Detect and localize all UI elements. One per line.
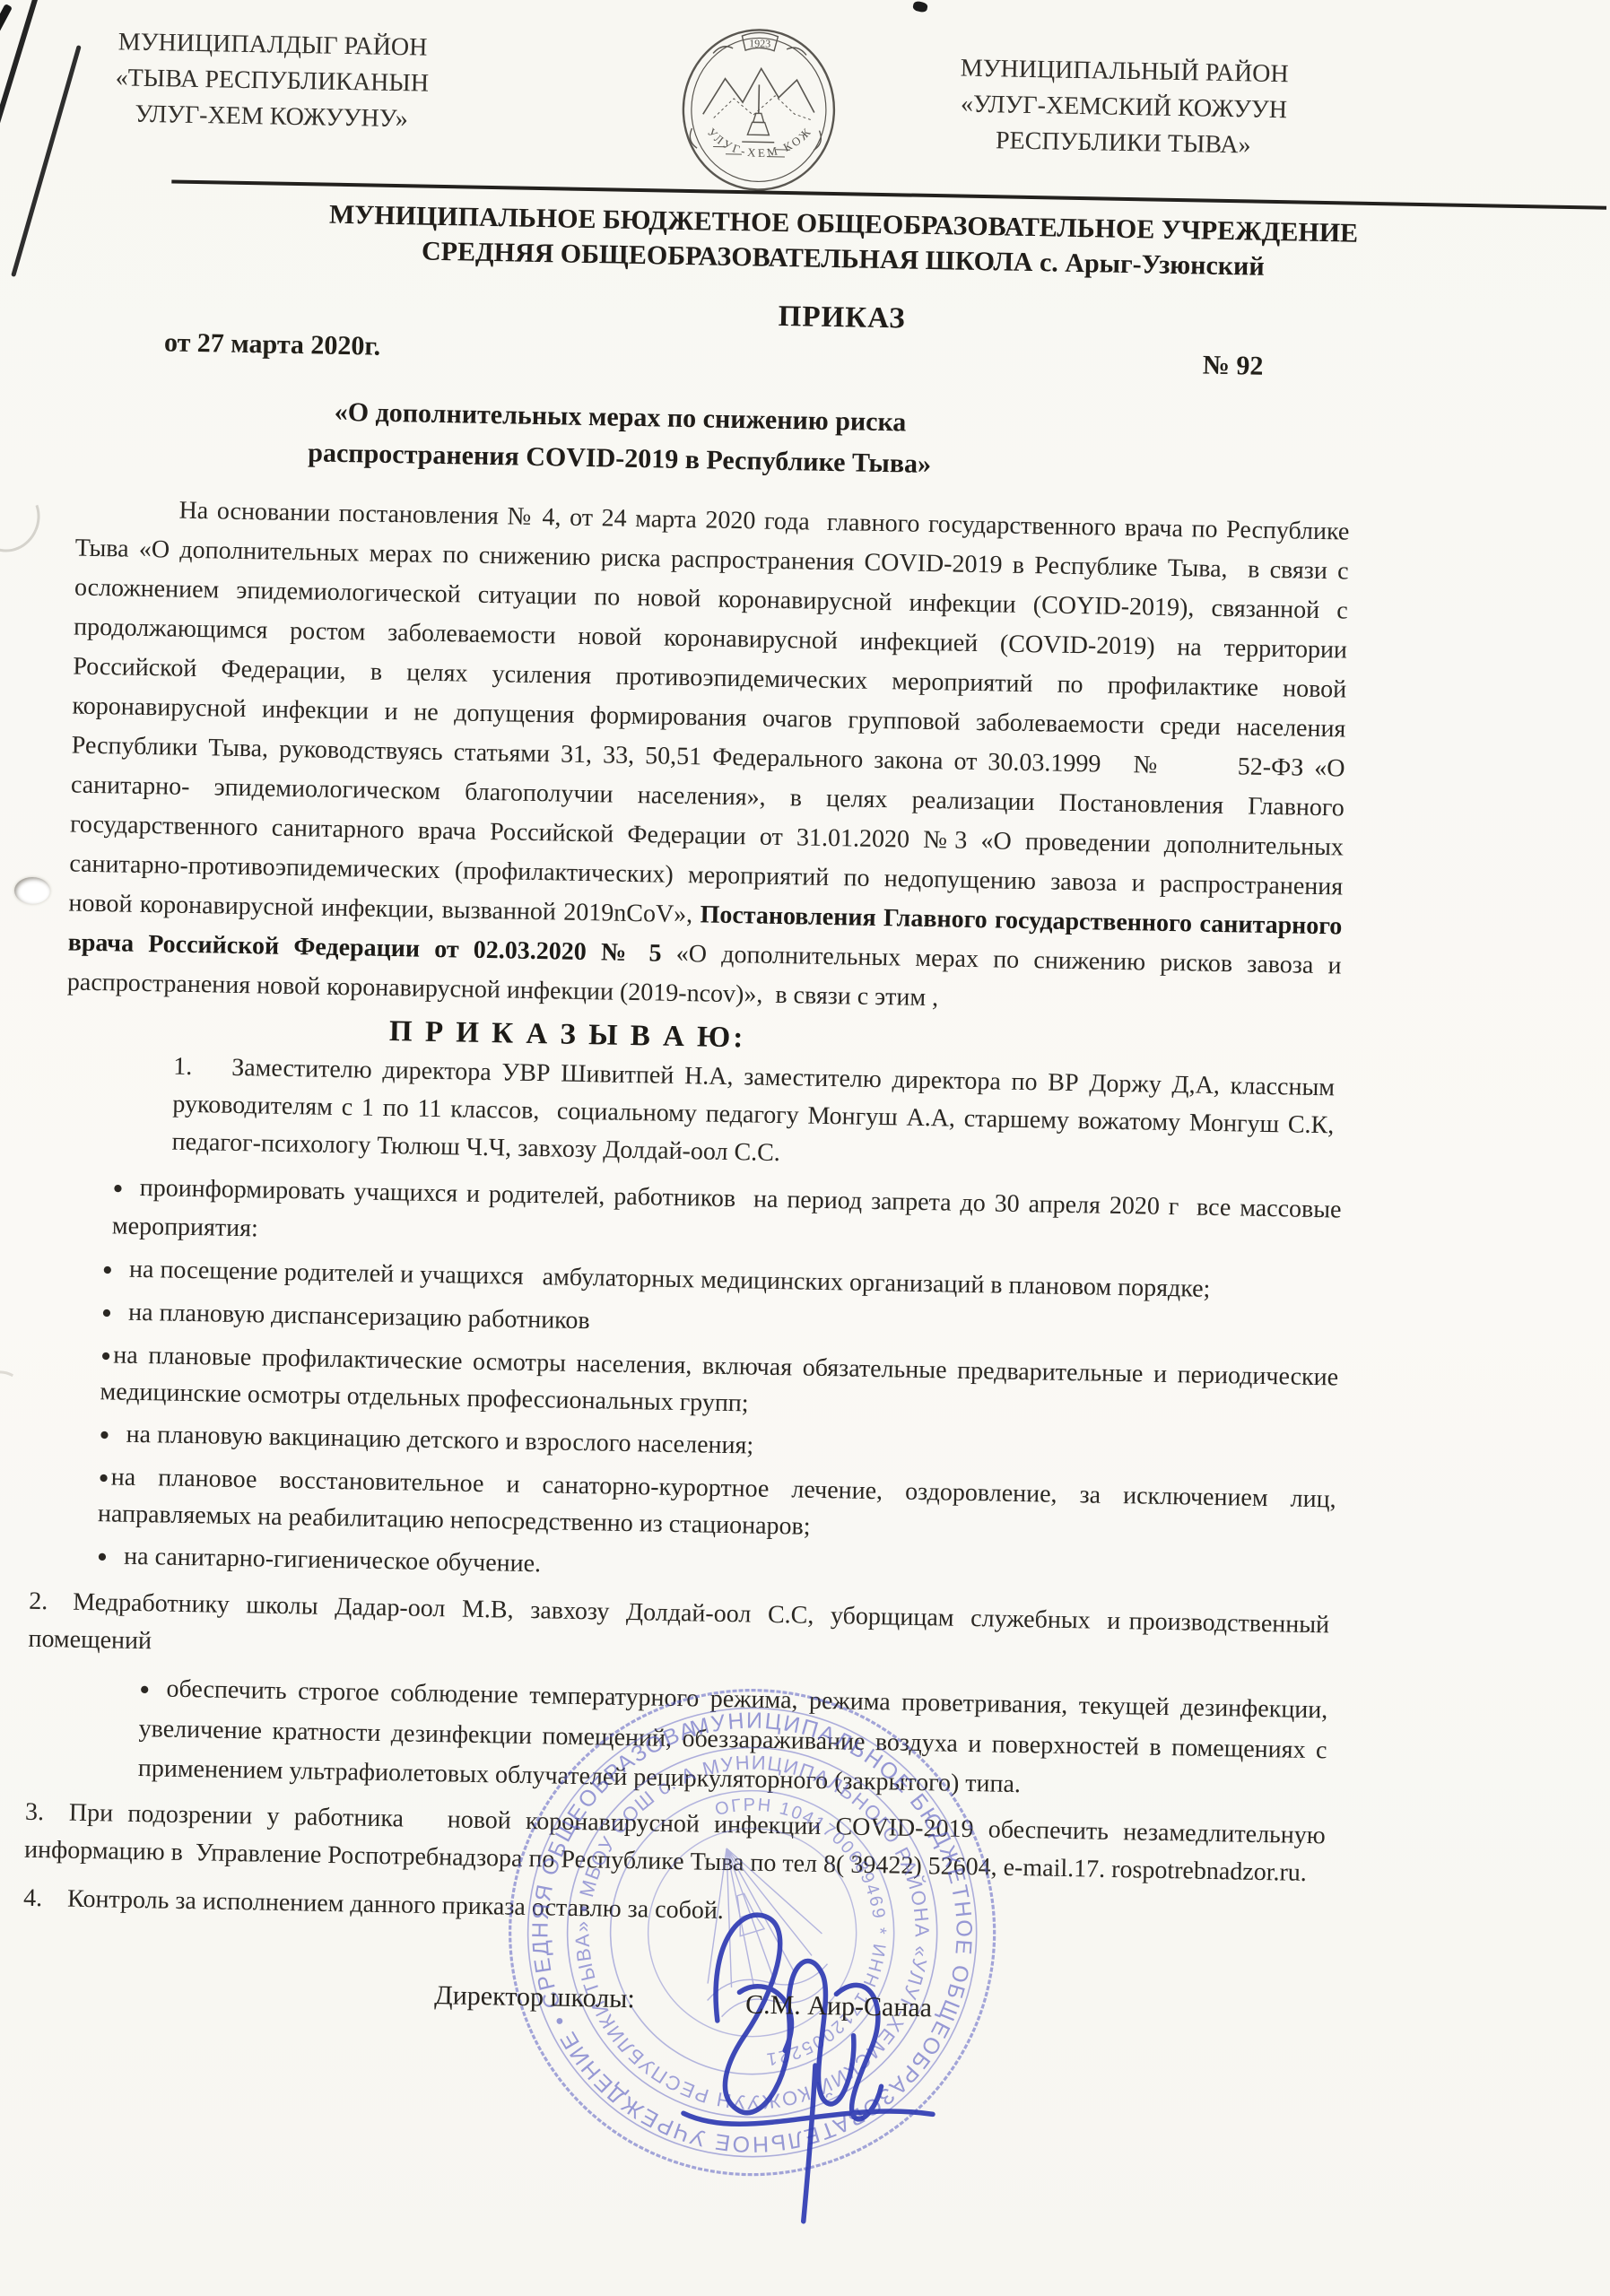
bullet-icon bbox=[139, 1669, 167, 1710]
list-item-text: на посещение родителей и учащихся амбула… bbox=[129, 1256, 1211, 1303]
bullet-icon bbox=[101, 1294, 129, 1332]
item-1-lead-bullet-text: проинформировать учащихся и родителей, р… bbox=[112, 1174, 1348, 1242]
org-name-russian-line: РЕСПУБЛИКИ ТЫВА» bbox=[944, 122, 1303, 164]
order-item-2: 2.Медработнику школы Дадар-оол М.В, завх… bbox=[28, 1583, 1329, 1683]
item-2-text: Медработнику школы Дадар-оол М.В, завхоз… bbox=[28, 1588, 1342, 1656]
list-item-text: на плановое восстановительное и санаторн… bbox=[98, 1463, 1343, 1540]
item-1-number: 1. bbox=[173, 1053, 193, 1081]
list-item-text: на плановую вакцинацию детского и взросл… bbox=[126, 1421, 753, 1460]
signature-block: МУНИЦИПАЛЬНОЕ БЮДЖЕТНОЕ ОБЩЕОБРАЗОВАТЕЛЬ… bbox=[0, 1956, 1574, 2093]
item-3-number: 3. bbox=[25, 1798, 45, 1826]
org-name-tuvan: МУНИЦИПАЛДЫГ РАЙОН «ТЫВА РЕСПУБЛИКАНЫН У… bbox=[91, 24, 452, 138]
item-1-text: Заместителю директора УВР Шивитпей Н.А, … bbox=[171, 1054, 1341, 1167]
list-item-text: на плановые профилактические осмотры нас… bbox=[100, 1341, 1345, 1417]
list-item: на плановые профилактические осмотры нас… bbox=[100, 1337, 1338, 1432]
order-date: от 27 марта 2020г. bbox=[164, 327, 381, 361]
bullet-icon bbox=[102, 1251, 130, 1289]
order-subject: «О дополнительных мерах по снижению риск… bbox=[135, 388, 1105, 489]
signature-label: Директор школы: bbox=[434, 1980, 635, 2014]
scan-speck bbox=[912, 0, 928, 13]
list-item-text: на санитарно-гигиеническое обучение. bbox=[124, 1543, 541, 1578]
district-emblem: 1923 УЛУГ-ХЕМ КОЖУУН bbox=[676, 21, 840, 196]
list-item: на плановое восстановительное и санаторн… bbox=[98, 1459, 1336, 1554]
item-1-lead-bullet: проинформировать учащихся и родителей, р… bbox=[112, 1169, 1342, 1267]
org-name-russian: МУНИЦИПАЛЬНЫЙ РАЙОН «УЛУГ-ХЕМСКИЙ КОЖУУН… bbox=[944, 50, 1304, 164]
order-item-1: 1.Заместителю директора УВР Шивитпей Н.А… bbox=[171, 1048, 1335, 1183]
letterhead: МУНИЦИПАЛДЫГ РАЙОН «ТЫВА РЕСПУБЛИКАНЫН У… bbox=[0, 0, 1610, 213]
document-page: МУНИЦИПАЛДЫГ РАЙОН «ТЫВА РЕСПУБЛИКАНЫН У… bbox=[0, 0, 1610, 2296]
scanned-content: МУНИЦИПАЛДЫГ РАЙОН «ТЫВА РЕСПУБЛИКАНЫН У… bbox=[0, 0, 1610, 2092]
item-2-number: 2. bbox=[29, 1587, 48, 1615]
org-name-tuvan-line: УЛУГ-ХЕМ КОЖУУНУ» bbox=[91, 96, 451, 138]
bullet-icon bbox=[112, 1169, 140, 1208]
list-item-text: на плановую диспансеризацию работников bbox=[128, 1299, 590, 1335]
director-name: С.М. Аир-Санаа bbox=[745, 1990, 932, 2024]
restrictions-list: на посещение родителей и учащихся амбула… bbox=[97, 1251, 1340, 1597]
bullet-icon bbox=[100, 1337, 114, 1374]
preamble-part1: На основании постановления № 4, от 24 ма… bbox=[68, 497, 1355, 929]
director-signature bbox=[627, 1856, 975, 2239]
bullet-icon bbox=[97, 1538, 125, 1576]
order-number: № 92 bbox=[1202, 351, 1263, 382]
bullet-icon bbox=[98, 1459, 111, 1496]
emblem-year: 1923 bbox=[749, 37, 770, 49]
item-4-number: 4. bbox=[23, 1884, 43, 1912]
bullet-icon bbox=[99, 1416, 126, 1454]
preamble-paragraph: На основании постановления № 4, от 24 ма… bbox=[67, 490, 1350, 1026]
